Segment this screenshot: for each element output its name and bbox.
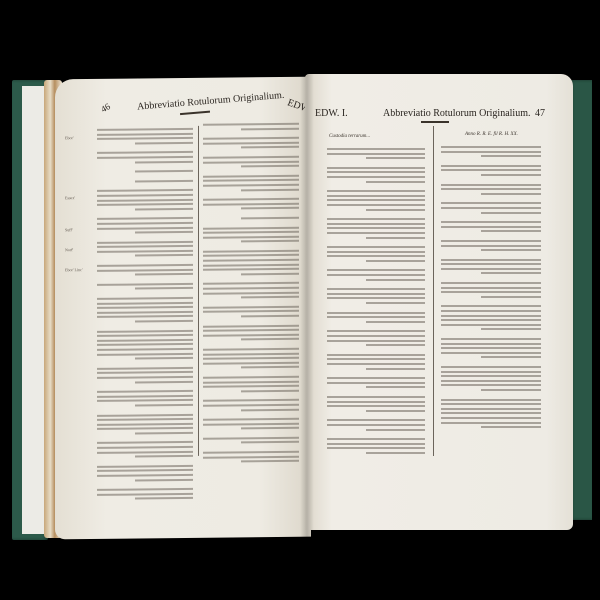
green-cover-right — [570, 80, 592, 520]
column-rule — [198, 126, 199, 456]
head-rule-left — [180, 111, 210, 115]
right-page: EDW. I. Abbreviatio Rotulorum Originaliu… — [305, 74, 573, 530]
column-rule — [433, 126, 434, 456]
margin-note: Ebor' — [65, 135, 74, 140]
margin-note: Suff' — [65, 227, 73, 232]
book-photo: 46 Abbreviatio Rotulorum Originalium. ED… — [0, 0, 600, 600]
section-heading: Anno R. R. E. fil R. H. XX. — [465, 132, 518, 137]
section-heading: Custodia terrarum... — [329, 134, 370, 139]
reign-head: EDW. I. — [315, 108, 348, 119]
margin-note: Essex' — [65, 195, 75, 200]
text-column-left-2 — [203, 123, 299, 466]
text-column-right-1 — [327, 148, 425, 456]
margin-note: Ebor' Linc' — [65, 267, 83, 272]
page-number-left: 46 — [99, 101, 112, 114]
text-column-left-1 — [97, 128, 193, 503]
text-column-right-2 — [441, 146, 541, 431]
head-rule-right — [421, 121, 449, 123]
running-head-right: Abbreviatio Rotulorum Originalium. — [383, 108, 530, 119]
book-gutter — [300, 72, 314, 542]
left-page: 46 Abbreviatio Rotulorum Originalium. ED… — [55, 77, 311, 540]
page-number-right: 47 — [535, 108, 545, 119]
margin-note: Norf' — [65, 247, 73, 252]
running-head-left: Abbreviatio Rotulorum Originalium. — [137, 90, 285, 113]
